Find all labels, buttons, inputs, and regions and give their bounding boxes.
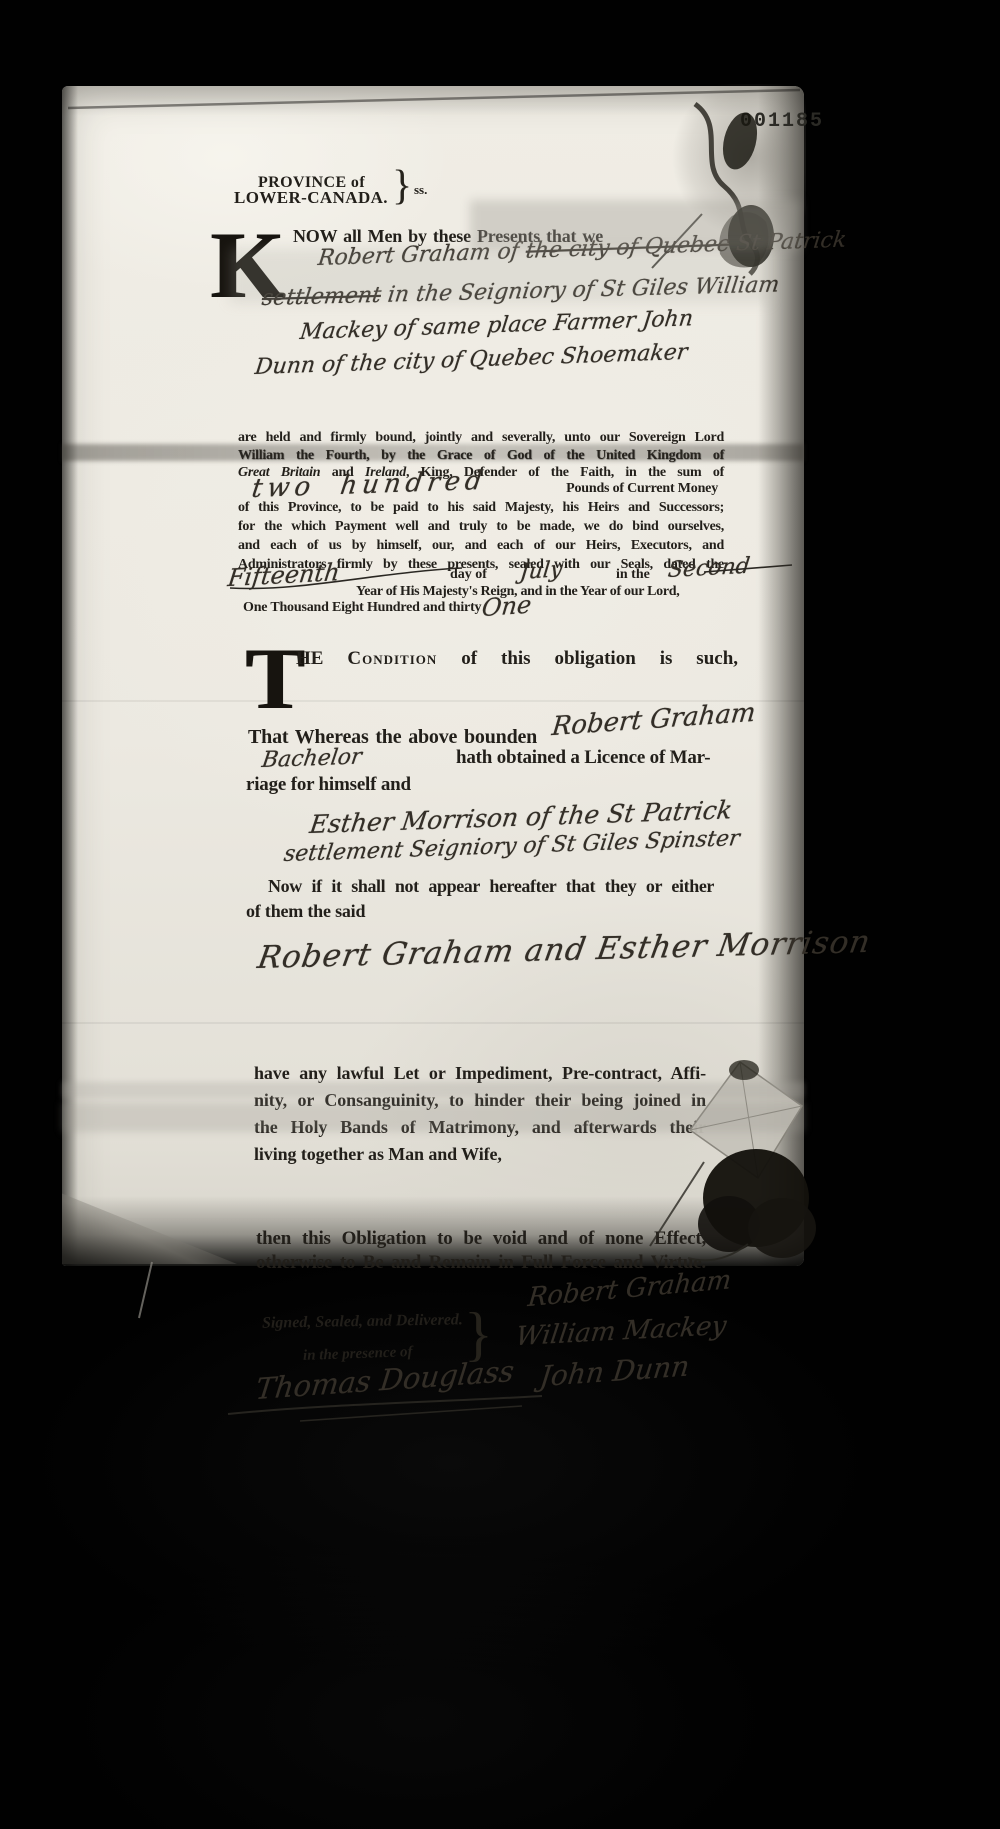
signature-william-mackey: William Mackey (514, 1311, 728, 1352)
void-line1: then this Obligation to be void and of n… (256, 1228, 706, 1250)
parties-line2-struck: settlement (260, 283, 382, 311)
condition-word: Condition (347, 648, 437, 669)
witness-underline-flourish-2 (300, 1406, 522, 1421)
province-line2: LOWER-CANADA. (234, 188, 388, 208)
condition-line-rest: of this obligation is such, (461, 648, 738, 669)
impediment-line4: living together as Man and Wife, (254, 1144, 502, 1165)
condition-heading-line: HE Condition of this obligation is such, (296, 648, 738, 670)
signature-john-dunn: John Dunn (538, 1349, 691, 1393)
bond-line7: and each of us by himself, our, and each… (238, 538, 724, 554)
handwritten-status: Bachelor (260, 744, 363, 773)
impediment-line2: nity, or Consanguinity, to hinder their … (254, 1090, 706, 1111)
dropcap-t: T (245, 646, 304, 715)
now-line2: of them the said (246, 901, 365, 922)
licence-line: hath obtained a Licence of Mar- (456, 747, 710, 769)
bond-pounds-line: Pounds of Current Money (238, 481, 718, 497)
handwritten-regnal-year: Second (666, 554, 751, 583)
bond-line5: of this Province, to be paid to his said… (238, 500, 724, 516)
jurat-abbrev: ss. (414, 182, 427, 198)
condition-he: HE (296, 648, 323, 669)
parties-line1-post: St Patrick (728, 227, 848, 256)
attestation-line1: Signed, Sealed, and Delivered. (262, 1311, 463, 1333)
handwritten-month: July (519, 557, 564, 585)
bond-line2: William the Fourth, by the Grace of God … (238, 448, 724, 464)
impediment-line1: have any lawful Let or Impediment, Pre-c… (254, 1063, 706, 1084)
page-corner-tail (139, 1262, 152, 1318)
bond-line1: are held and firmly bound, jointly and s… (238, 430, 724, 446)
void-line2: otherwise to Be and Remain in Full Force… (256, 1252, 706, 1274)
archival-stamp-number: 001185 (740, 110, 824, 133)
year-line: One Thousand Eight Hundred and thirty (243, 600, 481, 616)
now-line1: Now if it shall not appear hereafter tha… (268, 876, 714, 897)
impediment-line3: the Holy Bands of Matrimony, and afterwa… (254, 1117, 706, 1138)
handwritten-year: One (481, 590, 533, 622)
whereas-line: That Whereas the above bounden (248, 726, 537, 749)
in-the-label: in the (616, 567, 650, 583)
header-brace: } (392, 162, 412, 210)
bond-line6: for the which Payment well and truly to … (238, 519, 724, 535)
day-of-label: day of (450, 567, 487, 583)
licence-line2: riage for himself and (246, 774, 411, 796)
microfilm-background: 001185 PROVINCE of LOWER-CANADA. } ss. K… (0, 0, 1000, 1829)
